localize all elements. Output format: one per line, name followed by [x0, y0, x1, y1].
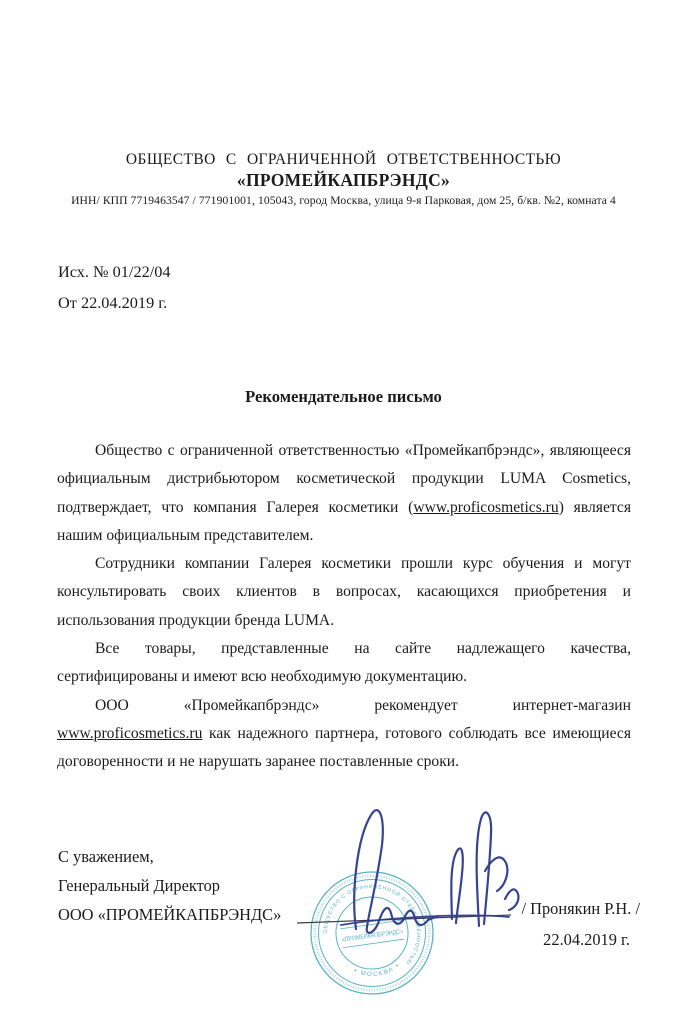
stamp-microtext-ring [307, 868, 436, 997]
body-line: Общество с ограниченной ответственностью… [57, 437, 631, 465]
body-line: сертифицированы и имеют всю необходимую … [57, 663, 631, 691]
signer-company: ООО «ПРОМЕЙКАПБРЭНДС» [58, 900, 281, 929]
letter-date: От 22.04.2019 г. [58, 287, 171, 318]
org-type-line: ОБЩЕСТВО С ОГРАНИЧЕННОЙ ОТВЕТСТВЕННОСТЬЮ [0, 151, 687, 169]
letterhead: ОБЩЕСТВО С ОГРАНИЧЕННОЙ ОТВЕТСТВЕННОСТЬЮ… [0, 151, 687, 207]
signer-position: Генеральный Директор [58, 871, 281, 900]
body-line: www.proficosmetics.ru как надежного парт… [57, 720, 631, 748]
org-details-line: ИНН/ КПП 7719463547 / 771901001, 105043,… [0, 194, 687, 207]
reference-block: Исх. № 01/22/04 От 22.04.2019 г. [58, 256, 171, 318]
closing-salutation: С уважением, [58, 842, 281, 871]
body-paragraph: ООО «Промейкапбрэндс» рекомендует интерн… [57, 692, 631, 777]
body-line: нашим официальным представителем. [57, 522, 631, 550]
site-link: www.proficosmetics.ru [413, 499, 558, 516]
body-line: использования продукции бренда LUMA. [57, 607, 631, 635]
letter-body: Общество с ограниченной ответственностью… [57, 437, 631, 777]
org-name-line: «ПРОМЕЙКАПБРЭНДС» [0, 170, 687, 191]
svg-text:• МОСКВА •: • МОСКВА • [352, 961, 403, 981]
body-line: ООО «Промейкапбрэндс» рекомендует интерн… [57, 692, 631, 720]
closing-block: С уважением, Генеральный Директор ООО «П… [58, 842, 281, 929]
body-line: официальным дистрибьютором косметической… [57, 465, 631, 493]
letter-page: ОБЩЕСТВО С ОГРАНИЧЕННОЙ ОТВЕТСТВЕННОСТЬЮ… [0, 0, 687, 1024]
body-line: договоренности и не нарушать заранее пос… [57, 748, 631, 776]
letter-title: Рекомендательное письмо [0, 387, 687, 407]
signature-line [297, 915, 511, 923]
signer-name: / Пронякин Р.Н. / [521, 893, 640, 924]
body-paragraph: Все товары, представленные на сайте надл… [57, 635, 631, 692]
signature-scribble [341, 810, 518, 933]
stamp-ring-text: ОБЩЕСТВО С ОГРАНИЧЕННОЙ ОТВЕТСТВЕННОСТЬЮ [317, 878, 426, 978]
body-line: консультировать своих клиентов в вопроса… [57, 578, 631, 606]
body-line: Сотрудники компании Галерея косметики пр… [57, 550, 631, 578]
svg-text:ОБЩЕСТВО С ОГРАНИЧЕННОЙ ОТВЕТС: ОБЩЕСТВО С ОГРАНИЧЕННОЙ ОТВЕТСТВЕННОСТЬЮ [317, 878, 426, 978]
signature-date: 22.04.2019 г. [521, 924, 640, 955]
body-paragraph: Сотрудники компании Галерея косметики пр… [57, 550, 631, 635]
body-line: подтверждает, что компания Галерея косме… [57, 494, 631, 522]
stamp-center-text: «ПРОМЕЙКАПБРЭНДС» [341, 926, 404, 944]
body-line: Все товары, представленные на сайте надл… [57, 635, 631, 663]
outgoing-number: Исх. № 01/22/04 [58, 256, 171, 287]
body-paragraph: Общество с ограниченной ответственностью… [57, 437, 631, 550]
signer-block: / Пронякин Р.Н. / 22.04.2019 г. [521, 893, 640, 955]
stamp-bottom-text: • МОСКВА • [352, 961, 403, 981]
site-link: www.proficosmetics.ru [57, 725, 202, 742]
company-stamp: ОБЩЕСТВО С ОГРАНИЧЕННОЙ ОТВЕТСТВЕННОСТЬЮ… [303, 864, 441, 1002]
